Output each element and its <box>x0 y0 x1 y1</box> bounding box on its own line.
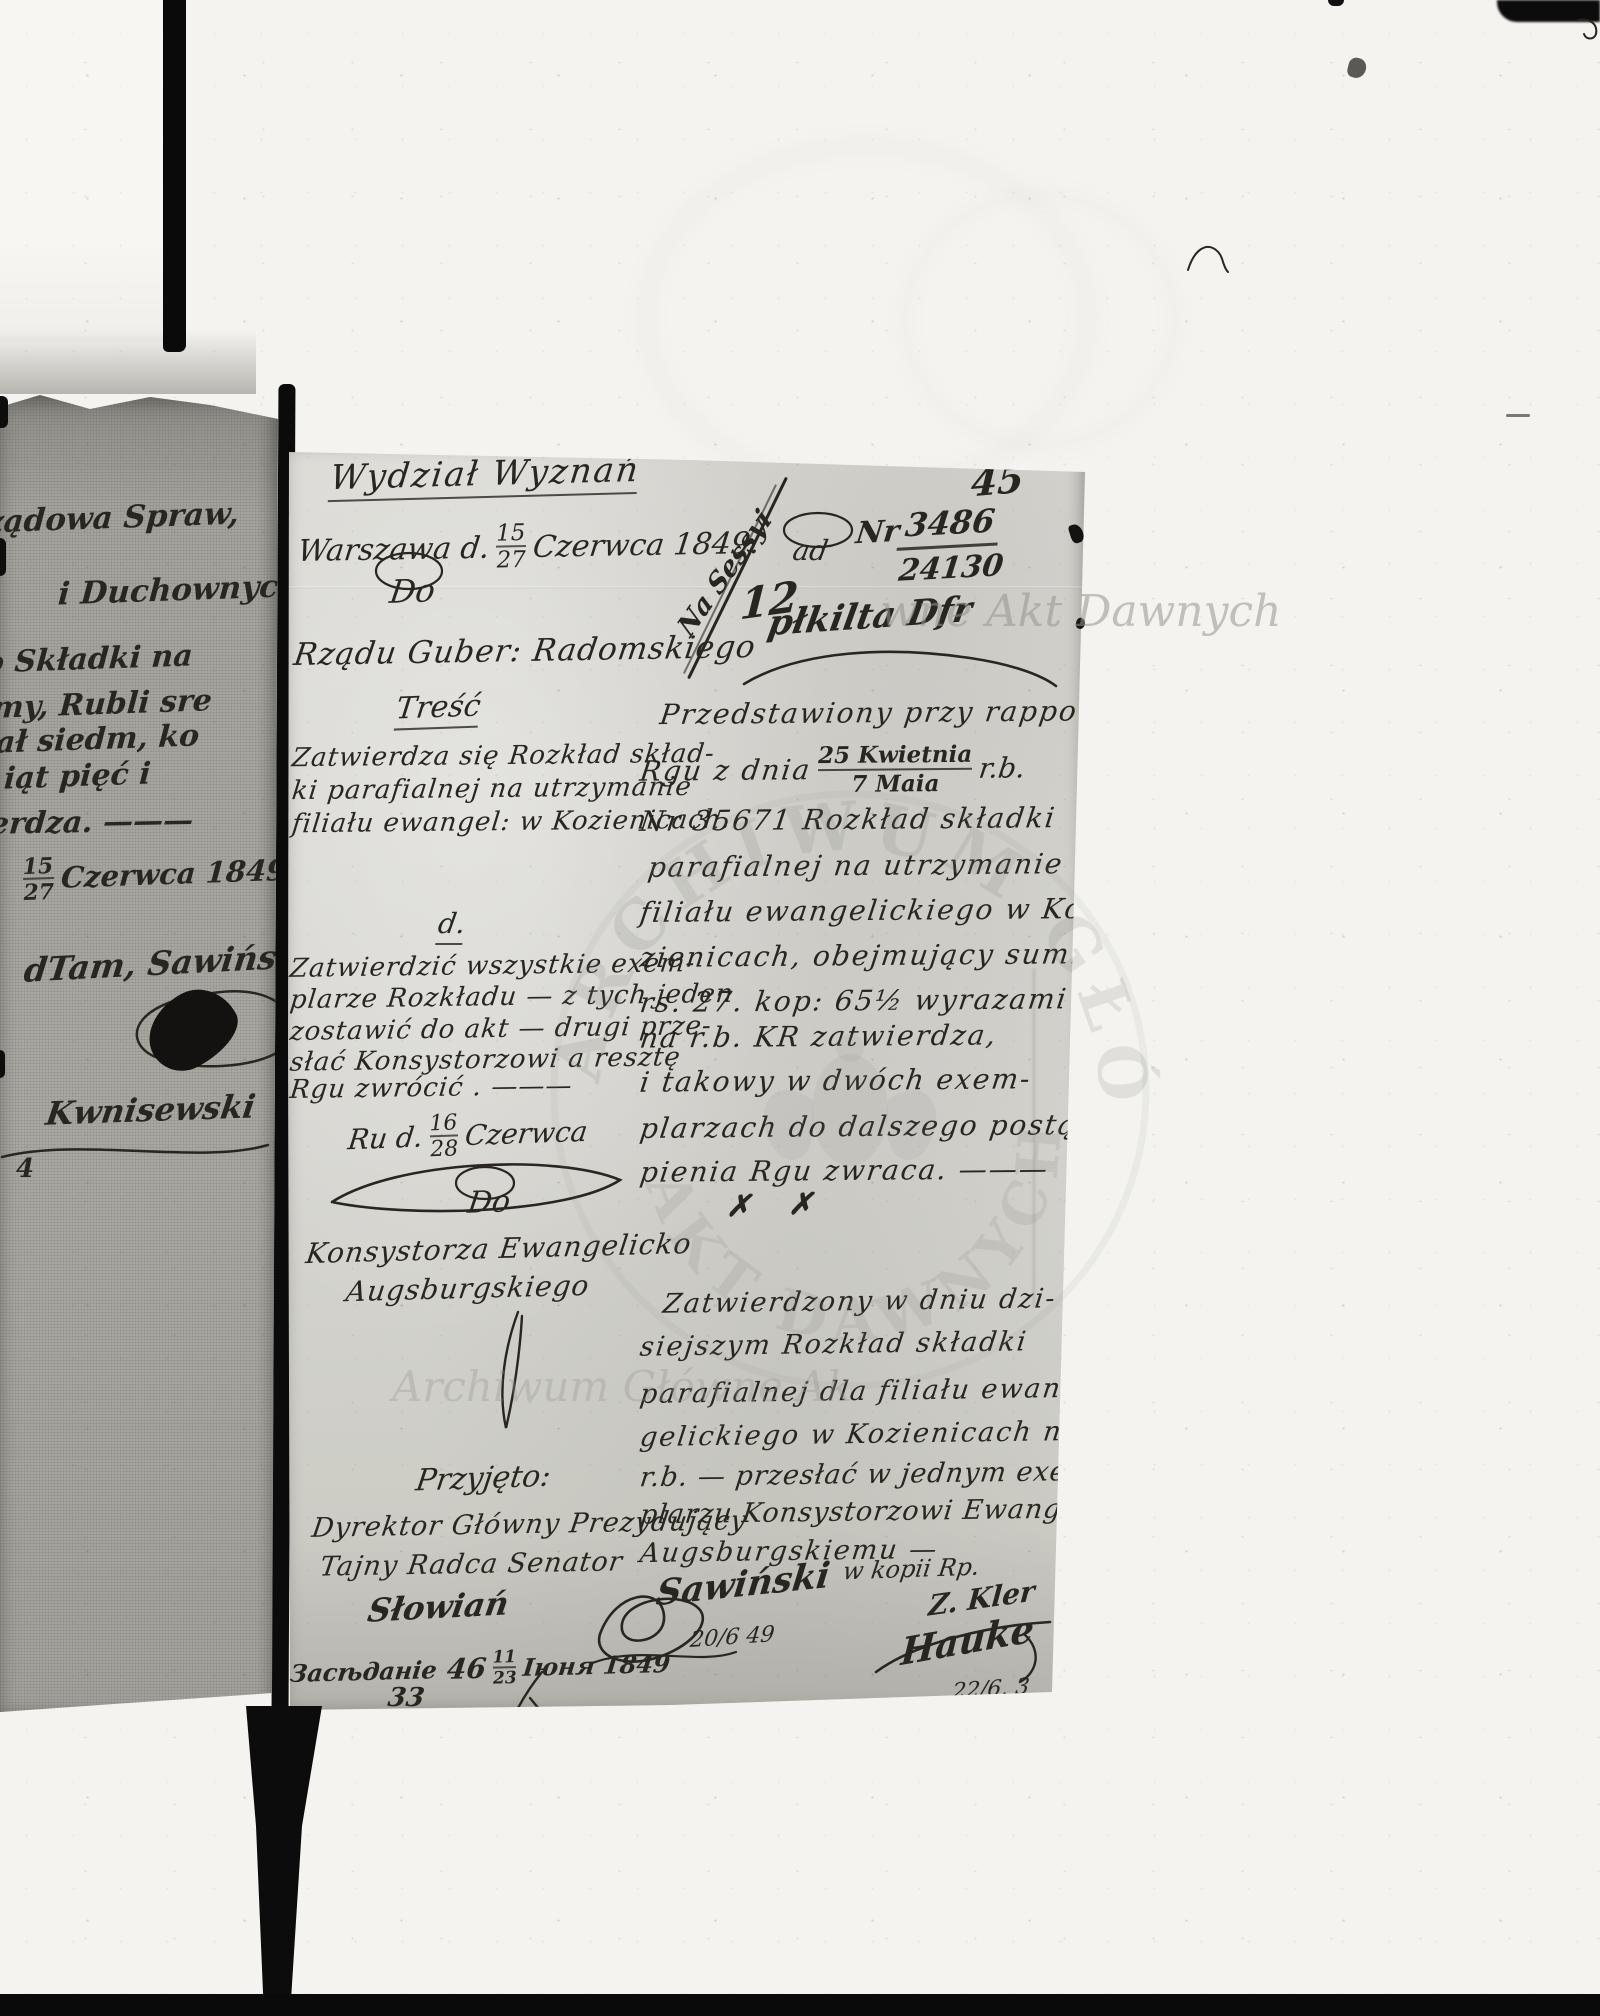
film-gap-wedge <box>240 1706 332 2016</box>
fragment-line: ał siedm, ko <box>0 719 200 759</box>
fragment-date-text: Czerwca 1849 r. <box>60 854 278 895</box>
film-dash <box>1506 414 1530 417</box>
page-edge-shadow <box>0 330 256 394</box>
summary-line: ki parafialnej na utrzymanie <box>290 773 693 806</box>
date-numerator: 15 <box>22 855 53 878</box>
approval-line: plarzu Konsystorzowi Ewangelicko <box>638 1493 1150 1530</box>
fragment-signature: Kwnisewski <box>44 1089 258 1132</box>
body-line: Nr 35671 Rozkład składki <box>638 803 1058 837</box>
cross-mark: ✗ <box>726 1190 751 1223</box>
session-extra-number: 33 <box>386 1684 426 1713</box>
fragment-line: ządowa Spraw, <box>0 497 240 540</box>
reference-ad: ad <box>790 536 830 567</box>
decision-line: Rgu zwrócić . ——— <box>288 1072 574 1105</box>
date-denominator: 27 <box>23 877 55 904</box>
film-gap-bar-top <box>163 0 186 352</box>
flourish-sweep <box>740 644 1060 690</box>
date-fraction: 25 Kwietnia 7 Maia <box>818 743 973 796</box>
fragment-line: i Duchownych, <box>57 569 278 612</box>
pen-stroke-mark <box>488 1310 532 1432</box>
body-line: zienicach, obejmujący summę <box>638 939 1120 974</box>
date-numerator: 11 <box>492 1649 516 1667</box>
reference-numerator: 3486 <box>896 503 1002 551</box>
date-denominator: 7 Maia <box>851 770 939 796</box>
check-flourish <box>510 1670 546 1716</box>
date-fraction: 15 27 <box>22 855 54 904</box>
fragment-date-line: 15 27 Czerwca 1849 r. <box>15 846 278 905</box>
archive-scan: ządowa Spraw, i Duchownych, o Składki na… <box>0 0 1600 2016</box>
department-heading: Wydział Wyznań <box>328 452 642 503</box>
date-denominator: 27 <box>496 545 526 573</box>
official-title-line: Tajny Radca Senator <box>318 1547 625 1582</box>
approval-line: gelickiego w Kozienicach na <box>638 1417 1083 1453</box>
decision-date-rest: Czerwca <box>463 1116 589 1151</box>
reference-nr-label: Nr <box>854 515 901 551</box>
reference-denominator: 24130 <box>897 545 1006 588</box>
body-line: pienia Rgu zwraca. ——— <box>638 1154 1051 1188</box>
approval-line: Zatwierdzony w dniu dzi- <box>661 1284 1058 1319</box>
cross-mark: ✗ <box>788 1188 813 1221</box>
session-number: 46 <box>445 1653 487 1685</box>
edge-sliver <box>0 1050 5 1078</box>
date-fraction: 15 27 <box>496 522 526 573</box>
fragment-line: o Składki na <box>0 639 194 679</box>
official-signature: Słowiań <box>365 1586 511 1629</box>
decision-line: Zatwierdzić wszystkie exem- <box>288 949 696 983</box>
subject-heading: Treść <box>394 689 483 730</box>
body-line: i takowy w dwóch exem- <box>638 1064 1034 1098</box>
date-numerator: 16 <box>429 1112 458 1135</box>
film-speck <box>1346 56 1368 80</box>
edge-sliver <box>0 396 8 428</box>
decision-date-pre: Ru d. <box>346 1122 425 1156</box>
body-line: Przedstawiony przy rapporcie <box>658 696 1143 731</box>
forward-addressee-line: Augsburgskiego <box>344 1271 591 1308</box>
film-squiggle <box>1186 240 1232 276</box>
left-page-blank-corner <box>0 0 163 342</box>
film-hook-mark <box>1576 16 1600 42</box>
approval-line: parafialnej dla filiału ewan- <box>638 1374 1075 1410</box>
date-numerator: 15 <box>496 522 526 546</box>
flourish-underline <box>0 1135 272 1169</box>
film-strip-bottom <box>0 1994 1600 2016</box>
salutation-do: Do <box>388 573 438 610</box>
fragment-line: erdza. ——— <box>0 804 195 841</box>
report-date-pre: Rgu z dnia <box>638 755 813 787</box>
accepted-heading: Przyjęto: <box>414 1460 553 1498</box>
report-date-line: Rgu z dnia 25 Kwietnia 7 Maia r.b. <box>640 742 1026 797</box>
reference-number: 3486 24130 <box>896 503 1004 588</box>
main-document-page: Wydział Wyznań Warszawa d. 15 27 Czerwca… <box>288 448 1086 1716</box>
place-date-line: Warszawa d. 15 27 Czerwca 1849. <box>298 518 760 576</box>
fragment-page-marker: 4 <box>16 1155 34 1184</box>
fragment-line: iąt pięć i <box>3 757 152 795</box>
body-line: parafialnej na utrzymanie <box>646 849 1066 883</box>
body-line: na r.b. KR zatwierdza, <box>638 1020 999 1054</box>
body-line: plarzach do dalszego postą- <box>638 1110 1090 1145</box>
edge-sliver <box>0 538 6 576</box>
left-page-fragment: ządowa Spraw, i Duchownych, o Składki na… <box>0 393 278 1712</box>
closing-note: w kopii Rp. <box>841 1554 981 1585</box>
approval-line: r.b. — przesłać w jednym exem- <box>638 1457 1105 1493</box>
clerk-signature-date: 22/6. 3 <box>951 1675 1031 1705</box>
film-blob-mark <box>1328 0 1344 6</box>
approval-line: siejszym Rozkład składki <box>638 1327 1029 1362</box>
body-line: rs. 27. kop: 65½ wyrazami ... <box>638 984 1113 1019</box>
decision-heading: d. <box>435 909 467 945</box>
forward-to: Do <box>466 1185 513 1220</box>
forward-addressee-line: Konsystorza Ewangelicko <box>304 1229 693 1270</box>
date-numerator: 25 Kwietnia <box>818 743 972 771</box>
report-date-rest: r.b. <box>977 753 1027 784</box>
body-line: filiału ewangelickiego w Ko- <box>638 894 1097 929</box>
ghost-impression <box>900 190 1180 450</box>
